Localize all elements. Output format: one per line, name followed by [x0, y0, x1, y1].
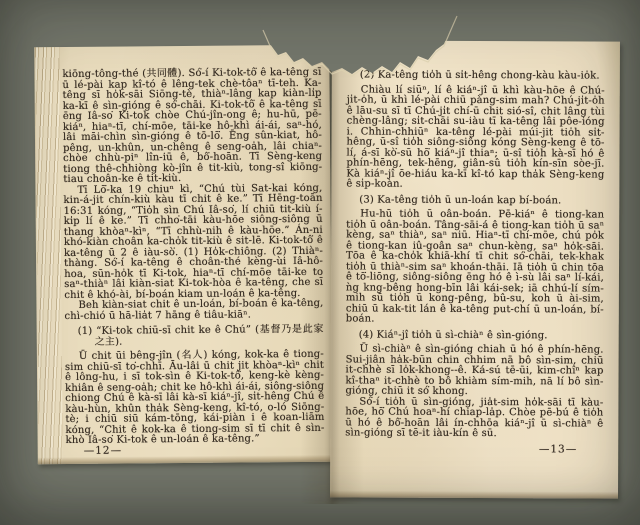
paragraph: Chiàu lí siūⁿ, lí ê kiáⁿ-jî ū khì kàu-hō…: [346, 85, 604, 191]
paragraph: Tī Lō͘-ka 19 chiuⁿ kì, “Chú tùi Sat-kai …: [63, 183, 323, 301]
section-item-2: (2) Ka-têng tio̍h ū si̍t-hêng chong-kàu …: [347, 70, 605, 82]
paragraph: Ū chit ūi bêng-jîn (名人) kóng, kok-ka ê t…: [65, 350, 325, 447]
book-photo: kiōng-tông-thé (共同體). Só͘-í Ki-tok-tô͘ ê…: [0, 0, 640, 525]
page-stack-edges: [35, 47, 63, 464]
section-item-1: (1) “Ki-tok chiū-sī chit ke ê Chú” (基督乃是…: [65, 325, 324, 348]
page-number: —12—: [84, 445, 122, 457]
paragraph: Só͘-í tio̍h ū sìn-gióng, jia̍t-sim ho̍k-…: [345, 397, 603, 440]
page-bottom-edge: [38, 455, 333, 465]
paragraph: kiōng-tông-thé (共同體). Só͘-í Ki-tok-tô͘ ê…: [62, 68, 322, 186]
section-item-4: (4) Kiáⁿ-jî tio̍h ū sì-chiàⁿ ê sìn-gióng…: [346, 330, 604, 342]
book-page-left: kiōng-tông-thé (共同體). Só͘-í Ki-tok-tô͘ ê…: [34, 45, 333, 465]
right-page-text-column: (2) Ka-têng tio̍h ū si̍t-hêng chong-kàu …: [345, 65, 605, 456]
page-number: —13—: [539, 443, 577, 455]
paragraph: Beh kiàn-siat chit ê un-loán, bí-boán ê …: [64, 299, 323, 322]
paragraph: Ū sì-chiàⁿ ê sìn-gióng chiah ū hó ê phín…: [345, 344, 603, 398]
book-page-right: (2) Ka-têng tio̍h ū si̍t-hêng chong-kàu …: [330, 40, 620, 498]
paragraph: Hu-hū tio̍h ū oân-boán. Pē-kiáⁿ ê tiong-…: [346, 209, 605, 326]
section-item-3: (3) Ka-têng tio̍h ū un-loán kap bí-boán.: [346, 195, 604, 207]
page-bottom-edge: [330, 490, 618, 498]
left-page-text-column: kiōng-tông-thé (共同體). Só͘-í Ki-tok-tô͘ ê…: [62, 68, 324, 452]
